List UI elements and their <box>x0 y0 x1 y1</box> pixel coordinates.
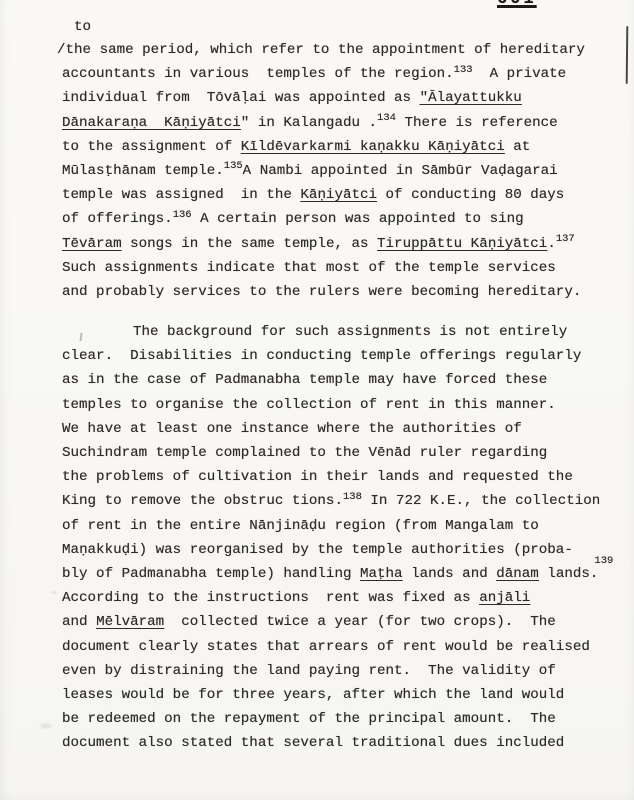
underlined-term: Tiruppāttu Kāṇiyātci <box>377 236 547 252</box>
text-segment: A certain person was appointed to sing <box>192 211 524 227</box>
text-segment: Mūlasṭhānam temple. <box>62 163 224 179</box>
underlined-term: Dānakaraṇa Kāṇiyātci <box>62 115 241 131</box>
footnote-ref: 136 <box>173 209 192 221</box>
text-segment: document also stated that several tradit… <box>62 735 564 751</box>
text-segment: to the assignment of <box>62 139 241 155</box>
text-segment: The background for such assignments is n… <box>133 324 567 340</box>
text-line: be redeemed on the repayment of the prin… <box>62 707 634 731</box>
underlined-term: dānam <box>496 566 539 582</box>
text-segment: even by distraining the land paying rent… <box>62 663 556 679</box>
text-segment: to <box>74 19 91 35</box>
text-segment: as in the case of Padmanabha temple may … <box>62 372 547 388</box>
text-segment: of conducting 80 days <box>377 187 564 203</box>
text-line: even by distraining the land paying rent… <box>62 659 634 683</box>
text-line: of offerings.136 A certain person was ap… <box>62 207 634 231</box>
text-segment: We have at least one instance where the … <box>62 421 522 437</box>
text-line: individual from Tōvāḷai was appointed as… <box>62 86 634 110</box>
text-segment: at <box>505 139 531 155</box>
text-line: as in the case of Padmanabha temple may … <box>62 368 634 392</box>
underlined-term: Mēlvāram <box>96 614 164 630</box>
footnote-ref: 134 <box>377 112 396 124</box>
text-line: Suchindram temple complained to the Vēnā… <box>62 441 634 465</box>
text-segment: the problems of cultivation in their lan… <box>62 469 573 485</box>
text-segment: bly of Padmanabha temple) handling <box>62 566 360 582</box>
text-segment: leases would be for three years, after w… <box>62 687 564 703</box>
scan-smudge <box>50 590 58 595</box>
text-line: of rent in the entire Nānjināḍu region (… <box>62 514 634 538</box>
text-segment: . <box>547 236 556 252</box>
text-segment: King to remove the obstruc tions. <box>62 493 343 509</box>
footnote-ref: 135 <box>224 160 243 172</box>
text-line: Mūlasṭhānam temple.135A Nambi appointed … <box>62 159 634 183</box>
text-line: to the assignment of Kīldēvarkarmi kaṇak… <box>62 135 634 159</box>
text-line: temple was assigned in the Kāṇiyātci of … <box>62 183 634 207</box>
text-line: We have at least one instance where the … <box>62 417 634 441</box>
text-segment: accountants in various temples of the re… <box>62 66 454 82</box>
text-segment: Such assignments indicate that most of t… <box>62 260 556 276</box>
underlined-term: anjāli <box>479 590 530 606</box>
text-segment: be redeemed on the repayment of the prin… <box>62 711 556 727</box>
underlined-term: Maṭha <box>360 566 403 582</box>
text-line: temples to organise the collection of re… <box>62 393 634 417</box>
text-segment: A private <box>473 66 567 82</box>
text-segment: of rent in the entire Nānjināḍu region (… <box>62 518 539 534</box>
text-line: King to remove the obstruc tions.138 In … <box>62 489 634 513</box>
scan-smudge <box>38 722 54 730</box>
text-line: document also stated that several tradit… <box>62 731 634 755</box>
text-line: to <box>62 20 634 38</box>
text-segment: individual from Tōvāḷai was appointed as <box>62 90 420 106</box>
underlined-term: Tēvāram <box>62 236 122 252</box>
text-segment: temples to organise the collection of re… <box>62 397 556 413</box>
document-body: to/the same period, which refer to the a… <box>0 20 634 755</box>
footnote-ref: 139 <box>594 555 613 567</box>
text-segment: In 722 K.E., the collection <box>362 493 600 509</box>
text-segment: collected twice a year (for two crops). … <box>164 614 556 630</box>
text-segment: clear. Disabilities in conducting temple… <box>62 348 581 364</box>
text-segment: document clearly states that arrears of … <box>62 639 590 655</box>
footnote-ref: 133 <box>454 64 473 76</box>
scanned-page: 601 to/the same period, which refer to t… <box>0 0 634 800</box>
text-segment: and <box>62 614 96 630</box>
text-line: clear. Disabilities in conducting temple… <box>62 344 634 368</box>
text-line: the problems of cultivation in their lan… <box>62 465 634 489</box>
text-line: Such assignments indicate that most of t… <box>62 256 634 280</box>
underlined-term: Kāṇiyātci <box>300 187 377 203</box>
text-segment: lands. <box>539 566 599 582</box>
text-line: accountants in various temples of the re… <box>62 62 634 86</box>
footnote-ref: 137 <box>556 233 575 245</box>
text-segment: /the same period, which refer to the app… <box>57 42 585 58</box>
text-line: bly of Padmanabha temple) handling Maṭha… <box>62 562 634 586</box>
text-segment: songs in the same temple, as <box>122 236 377 252</box>
text-segment: of offerings. <box>62 211 173 227</box>
text-line: The background for such assignments is n… <box>62 320 634 344</box>
text-segment: lands and <box>403 566 497 582</box>
text-segment: and probably services to the rulers were… <box>62 284 581 300</box>
underlined-term: "Ālayattukku <box>420 90 522 106</box>
text-segment: " in Kalangadu . <box>241 115 377 131</box>
text-line: document clearly states that arrears of … <box>62 635 634 659</box>
text-line: leases would be for three years, after w… <box>62 683 634 707</box>
text-line: /the same period, which refer to the app… <box>57 38 634 62</box>
text-line: Dānakaraṇa Kāṇiyātci" in Kalangadu .134 … <box>62 111 634 135</box>
text-line: and Mēlvāram collected twice a year (for… <box>62 610 634 634</box>
text-line: Maṇakkuḍi) was reorganised by the temple… <box>62 538 634 562</box>
text-segment: Suchindram temple complained to the Vēnā… <box>62 445 547 461</box>
text-segment: temple was assigned in the <box>62 187 300 203</box>
text-line: Tēvāram songs in the same temple, as Tir… <box>62 232 634 256</box>
page-number: 601 <box>497 0 537 9</box>
underlined-term: Kīldēvarkarmi kaṇakku Kāṇiyātci <box>241 139 505 155</box>
text-segment: According to the instructions rent was f… <box>62 590 479 606</box>
text-line: and probably services to the rulers were… <box>62 280 634 304</box>
text-segment: A Nambi appointed in Sāmbūr Vaḍagarai <box>243 163 558 179</box>
text-segment: Maṇakkuḍi) was reorganised by the temple… <box>62 542 573 558</box>
footnote-ref: 138 <box>343 491 362 503</box>
text-segment: There is reference <box>396 115 558 131</box>
text-line: According to the instructions rent was f… <box>62 586 634 610</box>
